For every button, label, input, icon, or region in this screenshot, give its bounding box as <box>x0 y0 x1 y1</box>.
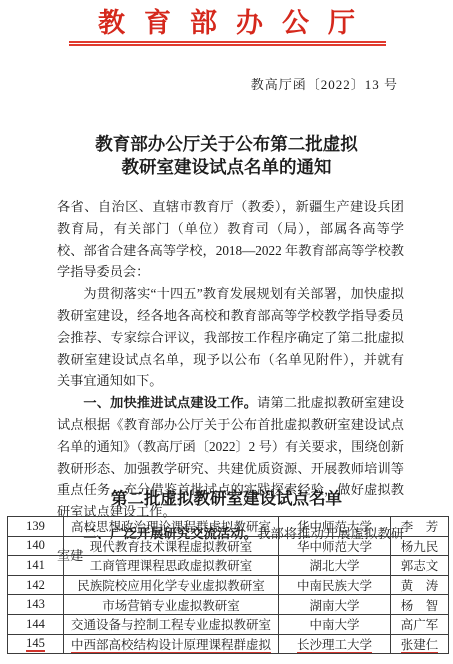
cell-leader: 杨九民 <box>391 536 449 556</box>
cell-leader: 李 芳 <box>391 517 449 537</box>
cell-office-name: 交通设备与控制工程专业虚拟教研室 <box>64 614 279 634</box>
cell-leader: 郭志文 <box>391 556 449 576</box>
cell-serial-number: 141 <box>8 556 64 576</box>
notice-title-line2: 教研室建设试点名单的通知 <box>0 156 453 179</box>
cell-serial-number: 145 <box>8 634 64 654</box>
cell-university: 华中师范大学 <box>279 517 391 537</box>
cell-university: 湖南大学 <box>279 595 391 615</box>
cell-serial-number: 142 <box>8 575 64 595</box>
roster-title: 第二批虚拟教研室建设试点名单 <box>0 485 453 509</box>
table-row: 144 交通设备与控制工程专业虚拟教研室 中南大学 高广军 <box>8 614 449 634</box>
cell-office-name: 民族院校应用化学专业虚拟教研室 <box>64 575 279 595</box>
cell-serial-number: 140 <box>8 536 64 556</box>
notice-title: 教育部办公厅关于公布第二批虚拟 教研室建设试点名单的通知 <box>0 133 453 179</box>
roster-table: 139 高校思想政治理论课程群虚拟教研室 华中师范大学 李 芳 140 现代教育… <box>7 516 449 654</box>
paragraph-lead: 一、加快推进试点建设工作。 <box>83 395 257 410</box>
cell-office-name: 市场营销专业虚拟教研室 <box>64 595 279 615</box>
cell-leader: 黄 涛 <box>391 575 449 595</box>
cell-university: 长沙理工大学 <box>279 634 391 654</box>
notice-title-line1: 教育部办公厅关于公布第二批虚拟 <box>0 133 453 156</box>
cell-serial-number: 139 <box>8 517 64 537</box>
cell-university: 湖北大学 <box>279 556 391 576</box>
cell-university: 华中师范大学 <box>279 536 391 556</box>
cell-university: 中南民族大学 <box>279 575 391 595</box>
paragraph-text: 各省、自治区、直辖市教育厅（教委），新疆生产建设兵团教育局，有关部门（单位）教育… <box>57 199 404 279</box>
body-paragraph: 各省、自治区、直辖市教育厅（教委），新疆生产建设兵团教育局，有关部门（单位）教育… <box>57 196 404 283</box>
notice-body: 各省、自治区、直辖市教育厅（教委），新疆生产建设兵团教育局，有关部门（单位）教育… <box>57 196 404 567</box>
cell-office-name: 高校思想政治理论课程群虚拟教研室 <box>64 517 279 537</box>
table-row: 139 高校思想政治理论课程群虚拟教研室 华中师范大学 李 芳 <box>8 517 449 537</box>
table-row: 143 市场营销专业虚拟教研室 湖南大学 杨 智 <box>8 595 449 615</box>
table-row: 145 中西部高校结构设计原理课程群虚拟 长沙理工大学 张建仁 <box>8 634 449 654</box>
paragraph-text: 为贯彻落实“十四五”教育发展规划有关部署，加快虚拟教研室建设，经各地各高校和教育… <box>57 286 404 388</box>
cell-leader: 杨 智 <box>391 595 449 615</box>
table-row: 141 工商管理课程思政虚拟教研室 湖北大学 郭志文 <box>8 556 449 576</box>
cell-office-name: 现代教育技术课程虚拟教研室 <box>64 536 279 556</box>
cell-serial-number: 144 <box>8 614 64 634</box>
cell-university: 中南大学 <box>279 614 391 634</box>
cell-office-name: 中西部高校结构设计原理课程群虚拟 <box>64 634 279 654</box>
body-paragraph: 为贯彻落实“十四五”教育发展规划有关部署，加快虚拟教研室建设，经各地各高校和教育… <box>57 283 404 392</box>
cell-serial-number: 143 <box>8 595 64 615</box>
letterhead-title: 教育部办公厅 <box>0 1 453 40</box>
official-document-page: 教育部办公厅 教高厅函〔2022〕13 号 教育部办公厅关于公布第二批虚拟 教研… <box>0 0 453 664</box>
cell-leader: 张建仁 <box>391 634 449 654</box>
table-row: 140 现代教育技术课程虚拟教研室 华中师范大学 杨九民 <box>8 536 449 556</box>
table-row: 142 民族院校应用化学专业虚拟教研室 中南民族大学 黄 涛 <box>8 575 449 595</box>
letterhead-red-rule <box>69 41 386 46</box>
cell-leader: 高广军 <box>391 614 449 634</box>
cell-office-name: 工商管理课程思政虚拟教研室 <box>64 556 279 576</box>
document-number: 教高厅函〔2022〕13 号 <box>0 74 398 93</box>
